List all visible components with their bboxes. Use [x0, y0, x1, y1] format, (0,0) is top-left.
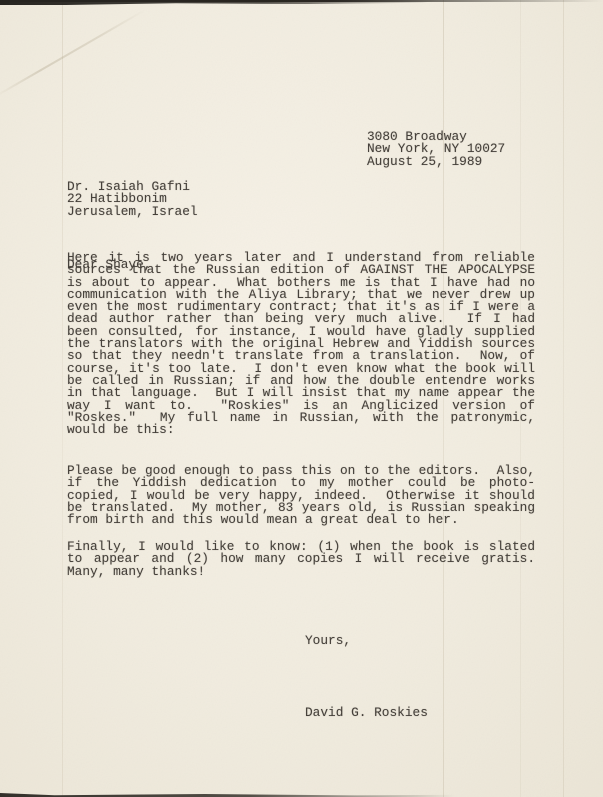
- closing: Yours,: [305, 605, 351, 677]
- paper-crease-diagonal: [0, 9, 147, 98]
- signature-name: David G. Roskies: [305, 677, 428, 749]
- body-paragraph-1: Here it is two years later and I underst…: [67, 252, 535, 436]
- scan-edge-top-dark: [0, 0, 440, 5]
- scan-edge-bottom: [0, 793, 455, 797]
- sender-address-block: 3080 BroadwayNew York, NY 10027August 25…: [367, 131, 505, 168]
- body-paragraph-3: Finally, I would like to know: (1) when …: [67, 541, 535, 578]
- closing-text: Yours,: [305, 635, 351, 647]
- paper-crease-vertical: [62, 0, 63, 797]
- body-line: would be this:: [67, 424, 535, 436]
- signature-name-text: David G. Roskies: [305, 707, 428, 719]
- body-line: Many, many thanks!: [67, 566, 535, 578]
- body-paragraph-2: Please be good enough to pass this on to…: [67, 465, 535, 526]
- scanned-letter-page: 3080 BroadwayNew York, NY 10027August 25…: [0, 0, 603, 797]
- recipient-address-block: Dr. Isaiah Gafni22 HatibbonimJerusalem, …: [67, 181, 198, 218]
- address-line: Jerusalem, Israel: [67, 206, 198, 218]
- body-line: from birth and this would mean a great d…: [67, 514, 535, 526]
- address-line: August 25, 1989: [367, 156, 505, 168]
- paper-crease-vertical: [563, 0, 564, 797]
